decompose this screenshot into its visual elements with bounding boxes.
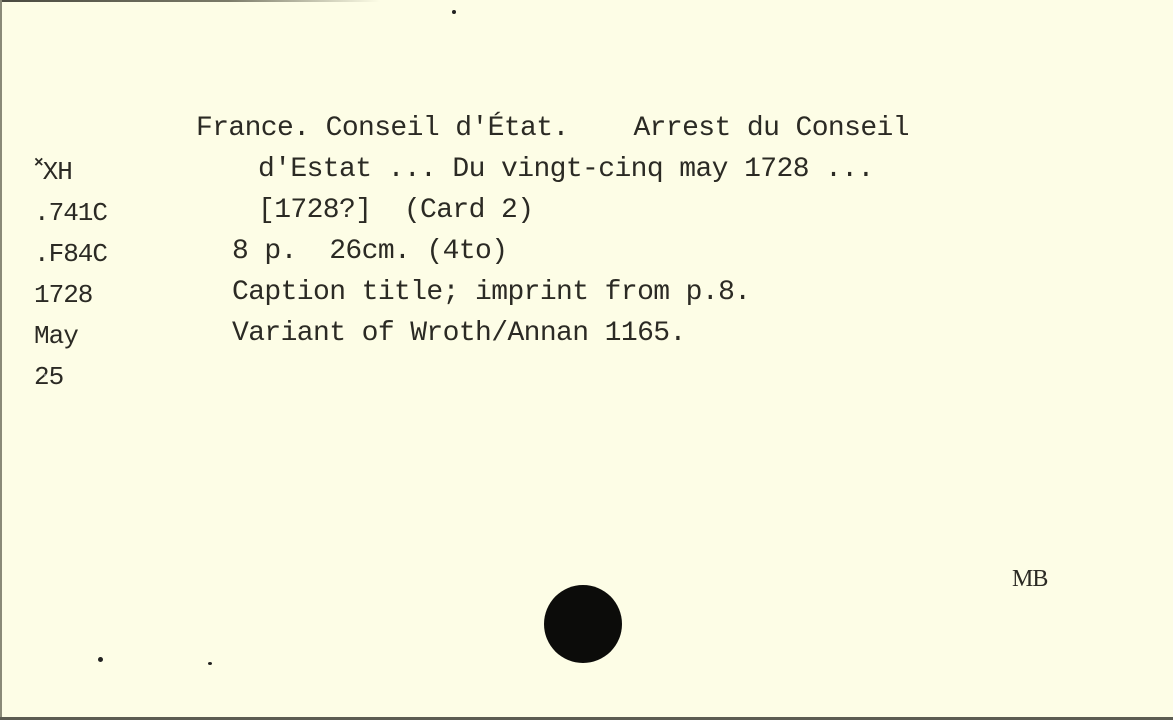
- collation: 8 p. 26cm. (4to): [196, 231, 909, 272]
- catalog-entry: France. Conseil d'État. Arrest du Consei…: [196, 108, 909, 354]
- call-number-line-5: May: [34, 316, 107, 357]
- main-heading: France. Conseil d'État.: [196, 113, 569, 144]
- title-continuation: d'Estat ... Du vingt-cinq may 1728 ...: [196, 149, 909, 190]
- call-number-line-3: .F84C: [34, 234, 107, 275]
- catalog-card: ×XH .741C .F84C 1728 May 25 France. Cons…: [0, 0, 1173, 720]
- heading-line: France. Conseil d'État. Arrest du Consei…: [196, 108, 909, 149]
- call-number-line-4: 1728: [34, 275, 107, 316]
- call-number: ×XH .741C .F84C 1728 May 25: [34, 143, 107, 398]
- title-start: Arrest du Conseil: [633, 113, 908, 144]
- note-caption-title: Caption title; imprint from p.8.: [196, 272, 909, 313]
- call-number-line-6: 25: [34, 357, 107, 398]
- speck: [98, 657, 103, 662]
- call-number-line-2: .741C: [34, 193, 107, 234]
- card-left-edge: [0, 0, 2, 720]
- call-number-line-1: ×XH: [34, 143, 107, 193]
- card-top-edge: [0, 0, 380, 2]
- date-note: [1728?] (Card 2): [196, 190, 909, 231]
- note-variant: Variant of Wroth/Annan 1165.: [196, 313, 909, 354]
- punch-hole: [544, 585, 622, 663]
- speck: [208, 662, 212, 665]
- location-mark-icon: ×: [34, 154, 43, 172]
- speck: [452, 10, 456, 14]
- speck: [44, 374, 46, 376]
- cataloger-initials: MB: [1012, 566, 1047, 593]
